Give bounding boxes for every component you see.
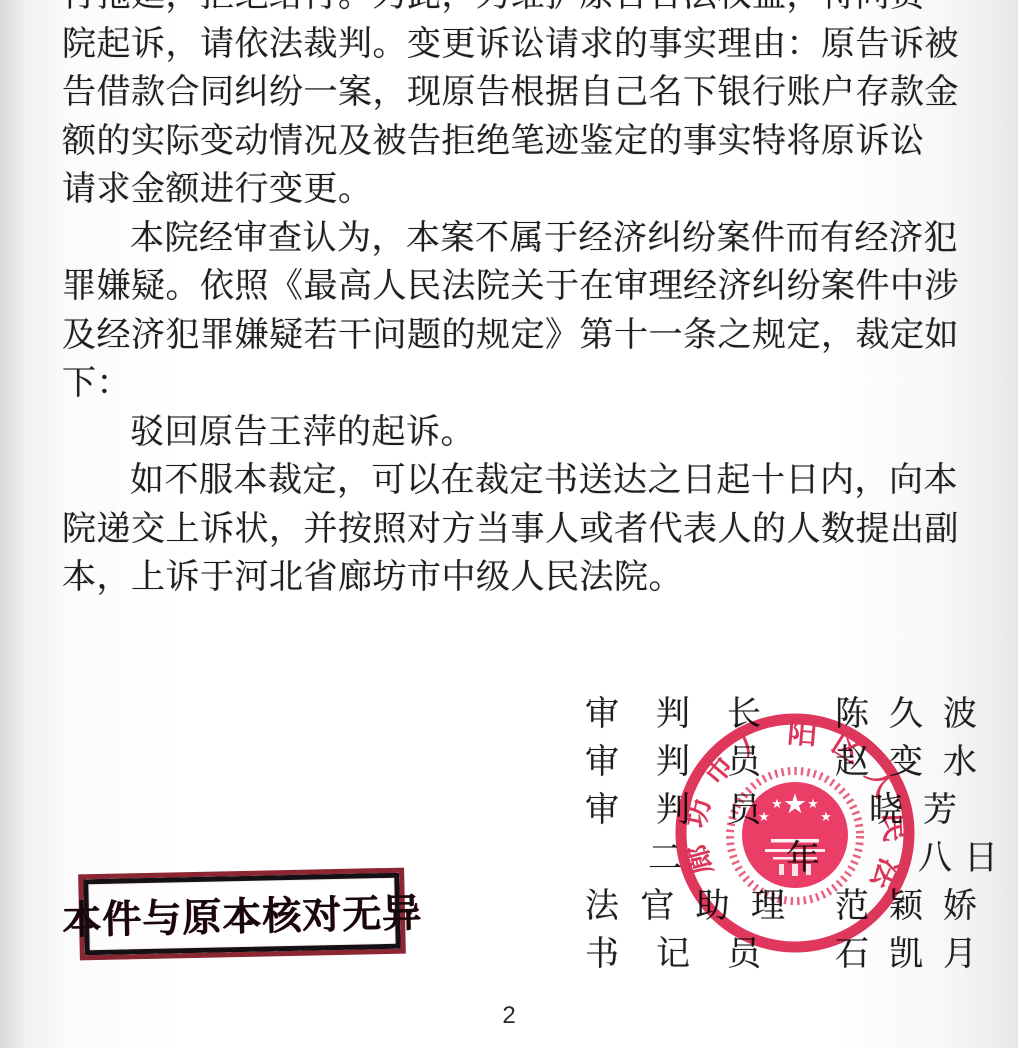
- judge-name: 晓芳: [835, 782, 977, 831]
- body-line: 行拖延，拒绝给付。为此，为维护原告合法权益，特向贵: [62, 0, 982, 21]
- clerk-title: 书记员: [585, 926, 761, 975]
- body-line: 下：: [62, 360, 982, 409]
- body-line: 及经济犯罪嫌疑若干问题的规定》第十一条之规定，裁定如: [62, 312, 982, 361]
- judge-title: 审判员: [585, 782, 761, 831]
- small-star-icon: ★: [807, 796, 819, 811]
- verification-stamp: 本件与原本核对无异: [83, 873, 401, 956]
- judge-title: 审判长: [585, 686, 761, 735]
- signature-row-presiding-judge: 审判长 陈久波: [585, 686, 761, 734]
- body-line: 本院经审查认为，本案不属于经济纠纷案件而有经济犯: [62, 215, 982, 264]
- signature-row-judge-assistant: 法官助理 范颖娇: [585, 878, 785, 926]
- signature-row-judge: 审判员 晓芳: [585, 782, 761, 830]
- body-line: 如不服本裁定，可以在裁定书送达之日起十日内，向本: [62, 457, 982, 506]
- date-fragment: 八日: [918, 830, 1010, 879]
- judge-name: 赵变水: [835, 734, 977, 783]
- body-line: 罪嫌疑。依照《最高人民法院关于在审理经济纠纷案件中涉: [62, 263, 982, 312]
- small-star-icon: ★: [820, 809, 832, 824]
- body-line-ruling-result: 驳回原告王萍的起诉。: [62, 409, 982, 458]
- ruling-body-text: 行拖延，拒绝给付。为此，为维护原告合法权益，特向贵 院起诉，请依法裁判。变更诉讼…: [62, 0, 982, 603]
- clerk-name: 石凯月: [835, 926, 977, 975]
- judge-title: 审判员: [585, 734, 761, 783]
- body-line: 告借款合同纠纷一案，现原告根据自己名下银行账户存款金: [62, 69, 982, 118]
- assistant-name: 范颖娇: [835, 878, 977, 927]
- verification-stamp-text: 本件与原本核对无异: [61, 882, 422, 946]
- body-line: 额的实际变动情况及被告拒绝笔迹鉴定的事实特将原诉讼: [62, 118, 982, 167]
- date-fragment: 年: [786, 830, 820, 879]
- assistant-title: 法官助理: [585, 878, 785, 927]
- body-line: 请求金额进行变更。: [62, 166, 982, 215]
- page-number: 2: [0, 1002, 1018, 1030]
- big-star-icon: ★: [783, 789, 807, 819]
- date-fragment: 二: [648, 830, 682, 879]
- small-star-icon: ★: [771, 796, 783, 811]
- body-line: 院递交上诉状，并按照对方当事人或者代表人的人数提出副: [62, 506, 982, 555]
- body-line: 院起诉，请依法裁判。变更诉讼请求的事实理由：原告诉被: [62, 21, 982, 70]
- body-line: 本，上诉于河北省廊坊市中级人民法院。: [62, 554, 982, 603]
- court-ruling-page: 行拖延，拒绝给付。为此，为维护原告合法权益，特向贵 院起诉，请依法裁判。变更诉讼…: [0, 0, 1018, 1048]
- judge-name: 陈久波: [835, 686, 977, 735]
- signature-row-judge: 审判员 赵变水: [585, 734, 761, 782]
- signature-row-clerk: 书记员 石凯月: [585, 926, 761, 974]
